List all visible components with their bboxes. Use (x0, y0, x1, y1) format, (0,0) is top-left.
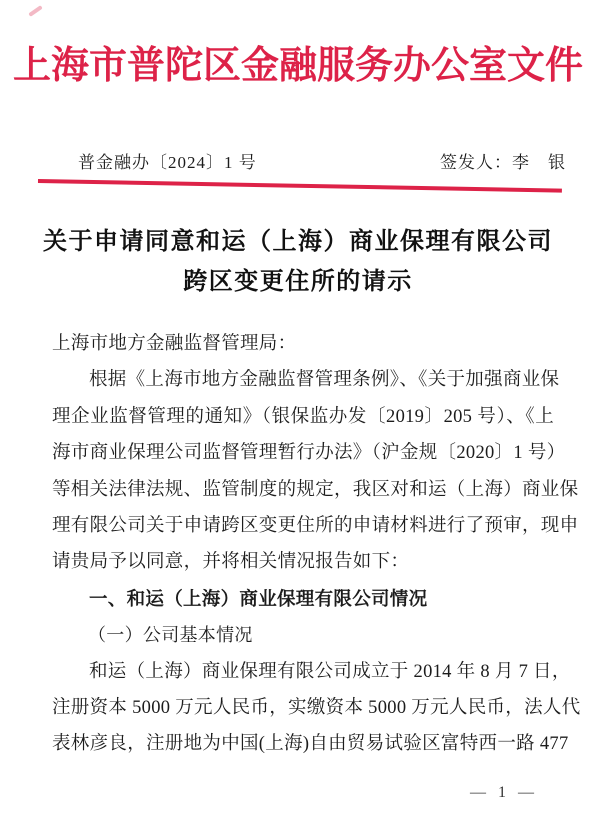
doc-number-row: 普金融办〔2024〕1 号 签发人：李 银 (78, 148, 566, 173)
body-line: 理企业监督管理的通知》（银保监办发〔2019〕205 号）、《上 (52, 399, 554, 435)
body-line: 等相关法律法规、监管制度的规定，我区对和运（上海）商业保 (52, 472, 554, 508)
body-line: 注册资本 5000 万元人民币，实缴资本 5000 万元人民币，法人代 (52, 690, 554, 726)
body-line: 上海市地方金融监督管理局： (52, 326, 554, 362)
body-line: 根据《上海市地方金融监督管理条例》、《关于加强商业保 (52, 362, 554, 398)
body-line: （一）公司基本情况 (52, 617, 554, 653)
body-line: 理有限公司关于申请跨区变更住所的申请材料进行了预审，现申 (52, 508, 554, 544)
page-number: — 1 — (470, 784, 538, 802)
signer-name: 李 银 (512, 153, 566, 172)
body-line: 和运（上海）商业保理有限公司成立于 2014 年 8 月 7 日， (52, 654, 554, 690)
body-line: 请贵局予以同意，并将相关情况报告如下： (52, 544, 554, 580)
title-line-2: 跨区变更住所的请示 (0, 262, 596, 302)
red-divider-line (38, 179, 562, 192)
body-line: 表林彦良，注册地为中国(上海)自由贸易试验区富特西一路 477 (52, 726, 554, 762)
signer: 签发人：李 银 (440, 148, 566, 173)
scan-artifact-mark (28, 5, 43, 17)
document-page: 上海市普陀区金融服务办公室文件 普金融办〔2024〕1 号 签发人：李 银 关于… (0, 0, 596, 824)
body-line: 海市商业保理公司监督管理暂行办法》（沪金规〔2020〕1 号） (52, 435, 554, 471)
title-line-1: 关于申请同意和运（上海）商业保理有限公司 (0, 222, 596, 262)
document-title: 关于申请同意和运（上海）商业保理有限公司 跨区变更住所的请示 (0, 222, 596, 302)
document-body: 上海市地方金融监督管理局：根据《上海市地方金融监督管理条例》、《关于加强商业保理… (52, 326, 554, 763)
body-line: 一、和运（上海）商业保理有限公司情况 (52, 581, 554, 617)
signer-label: 签发人： (440, 153, 512, 172)
doc-number: 普金融办〔2024〕1 号 (78, 148, 257, 173)
org-header-title: 上海市普陀区金融服务办公室文件 (0, 36, 596, 96)
